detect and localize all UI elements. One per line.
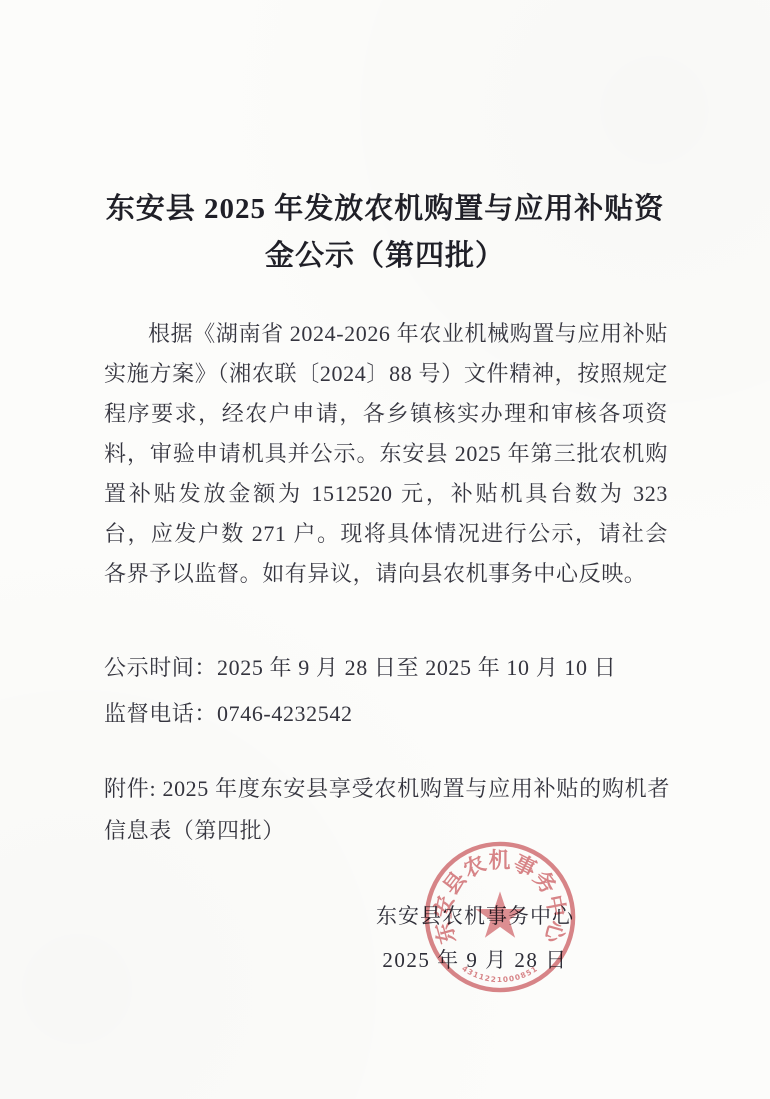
document-title: 东安县 2025 年发放农机购置与应用补贴资金公示（第四批） xyxy=(103,186,667,280)
publicity-time-label: 公示时间： xyxy=(104,655,217,680)
supervision-phone-label: 监督电话： xyxy=(104,701,217,726)
signature-block: 东安县农机事务中心 2025 年 9 月 28 日 xyxy=(353,902,597,974)
body-paragraph: 根据《湖南省 2024-2026 年农业机械购置与应用补贴实施方案》（湘农联〔2… xyxy=(104,314,668,594)
publicity-time-value: 2025 年 9 月 28 日至 2025 年 10 月 10 日 xyxy=(217,655,616,680)
supervision-phone-value: 0746-4232542 xyxy=(217,701,353,726)
signature-date: 2025 年 9 月 28 日 xyxy=(353,946,597,974)
info-lines: 公示时间：2025 年 9 月 28 日至 2025 年 10 月 10 日 监… xyxy=(104,645,616,737)
document-page: 东安县 2025 年发放农机购置与应用补贴资金公示（第四批） 根据《湖南省 20… xyxy=(0,0,770,1099)
supervision-phone-line: 监督电话：0746-4232542 xyxy=(104,691,616,737)
attachment-note: 附件: 2025 年度东安县享受农机购置与应用补贴的购机者信息表（第四批） xyxy=(104,768,670,852)
signature-organization: 东安县农机事务中心 xyxy=(353,902,597,930)
publicity-time-line: 公示时间：2025 年 9 月 28 日至 2025 年 10 月 10 日 xyxy=(104,645,616,691)
